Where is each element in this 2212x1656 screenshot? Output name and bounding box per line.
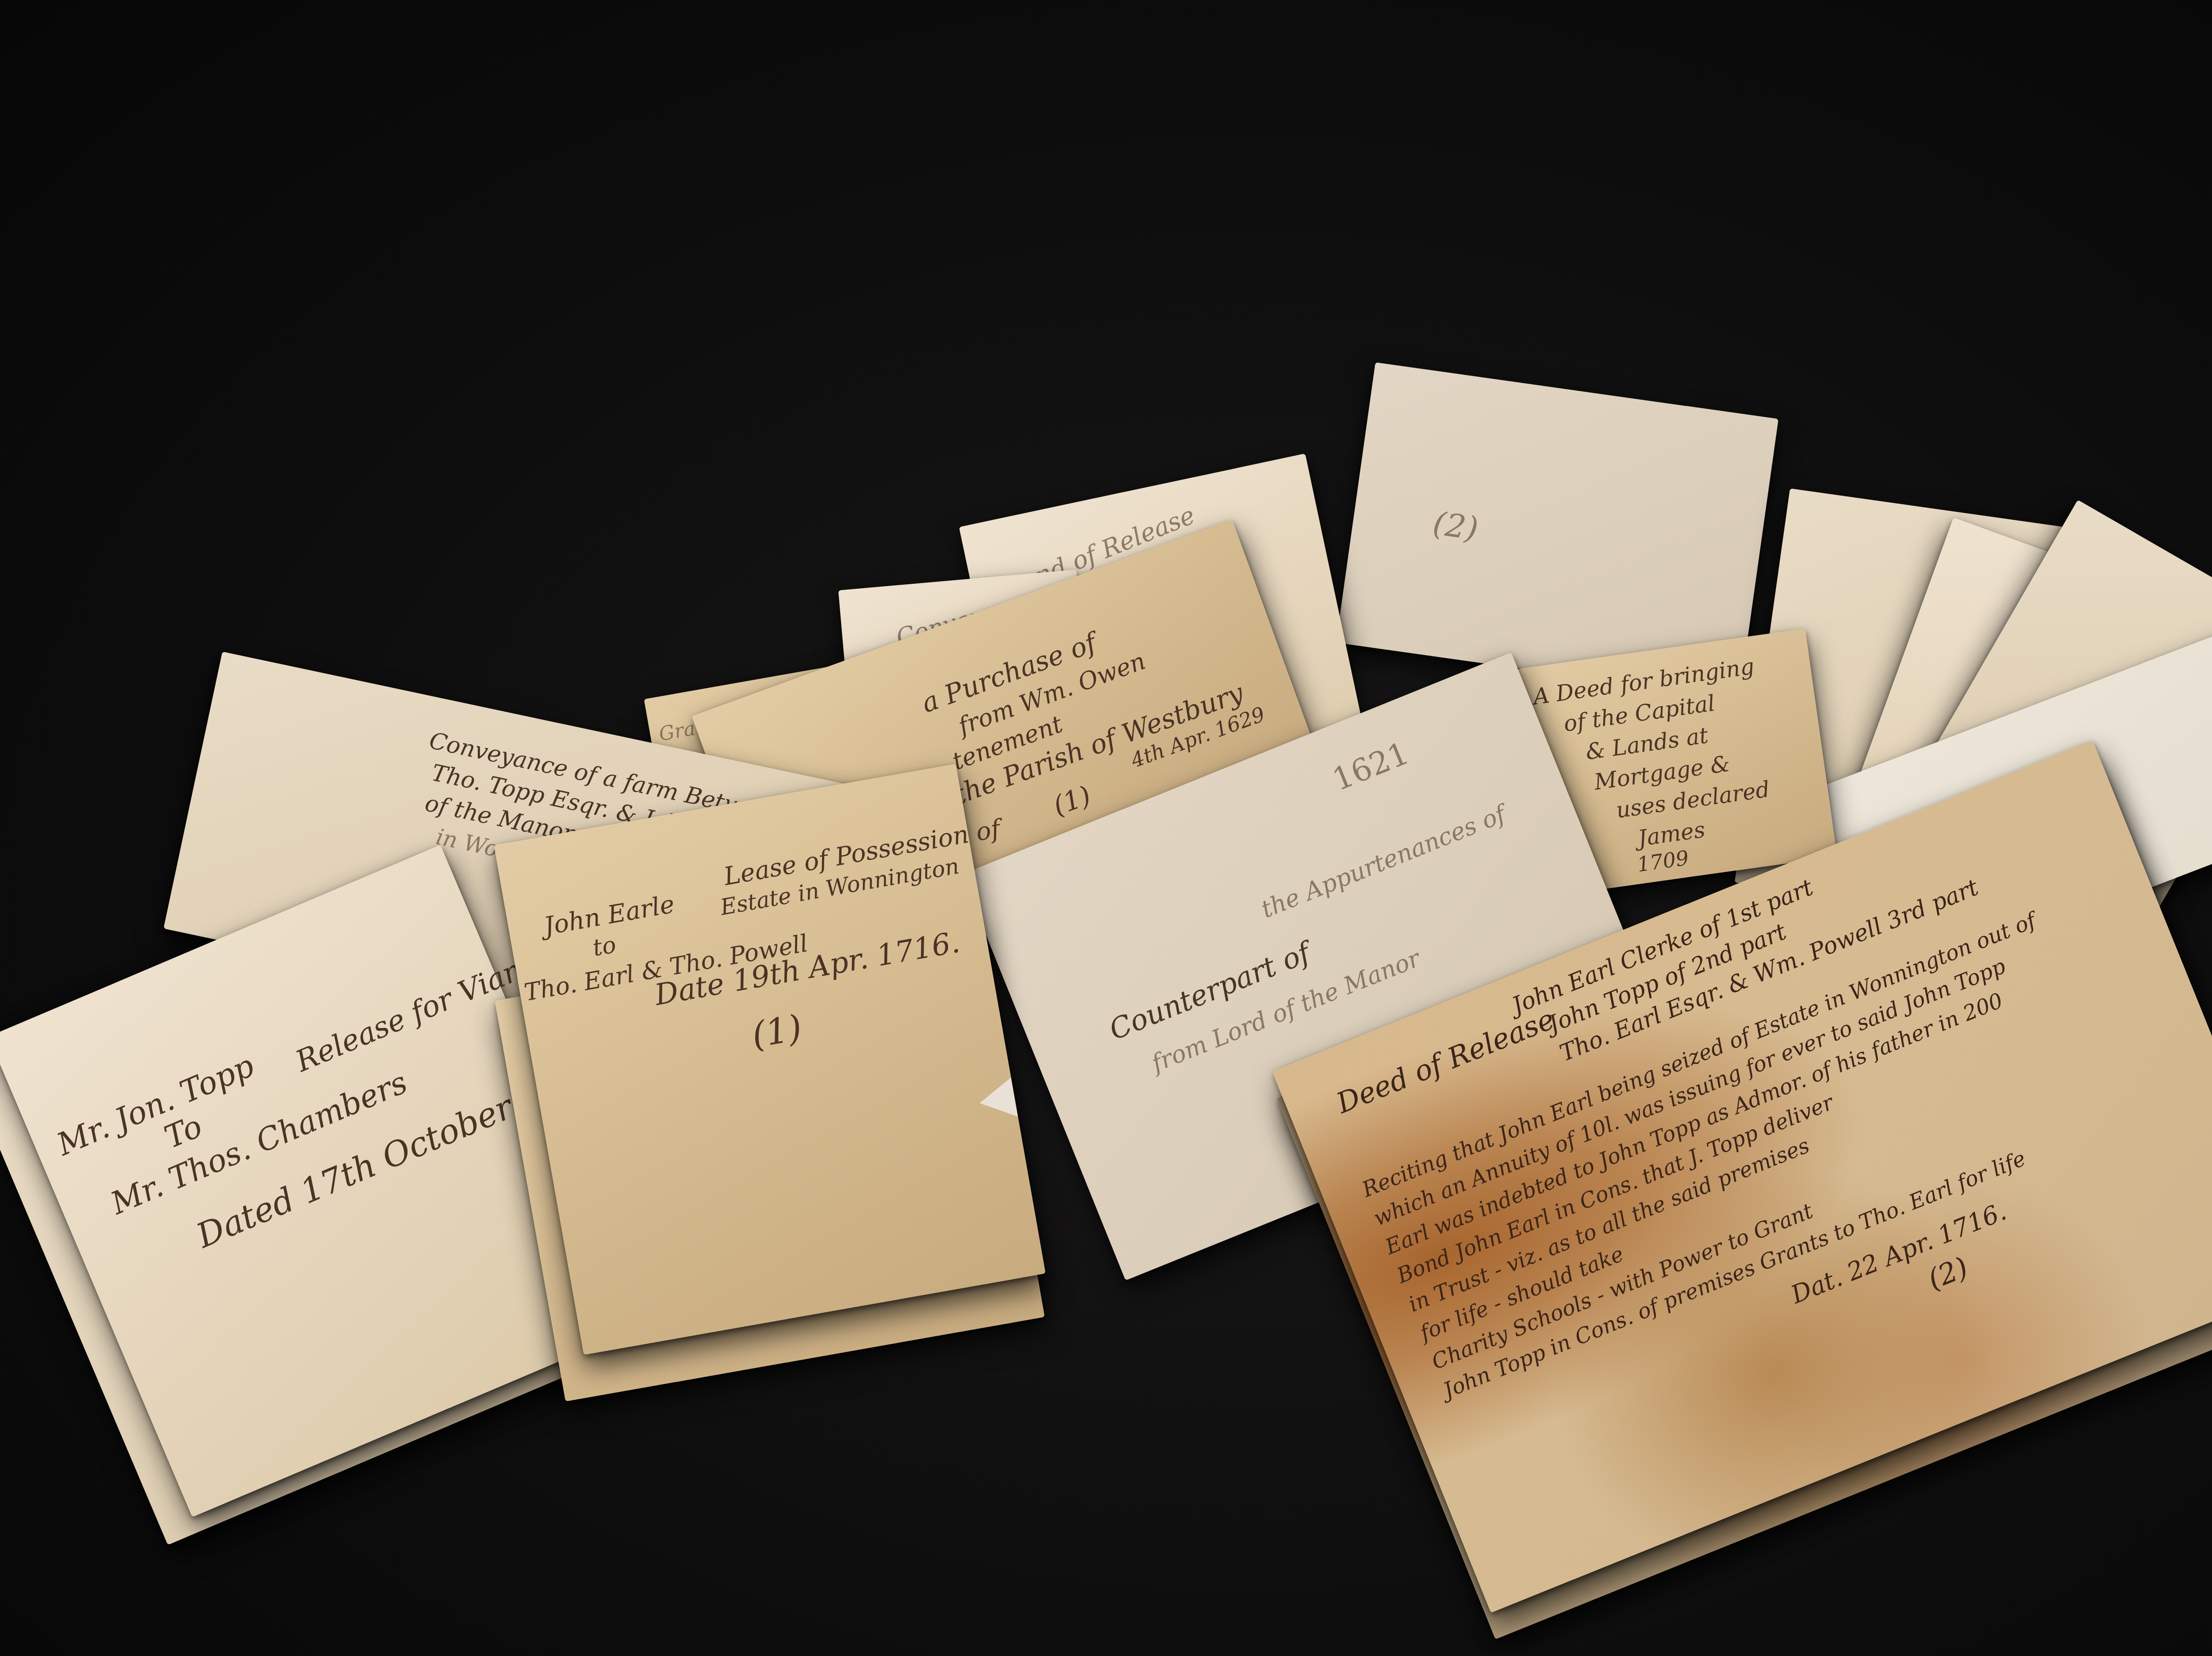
document-number: (1) bbox=[749, 1007, 805, 1056]
document-year: 1621 bbox=[1328, 735, 1414, 797]
document-text: the Appurtenances of bbox=[1257, 801, 1509, 924]
seal-tab bbox=[976, 1077, 1018, 1123]
document-text: James bbox=[1636, 817, 1707, 851]
document-text: Earl was indebted to John Topp as Admor.… bbox=[1382, 989, 2007, 1260]
document-text: to bbox=[591, 932, 618, 962]
document-lease-possession-1716: John Earle to Tho. Earl & Tho. Powell Le… bbox=[494, 764, 1045, 1355]
document-number: (1) bbox=[1049, 780, 1095, 822]
document-number: (2) bbox=[1924, 1251, 1973, 1296]
document-text: (2) bbox=[1431, 505, 1481, 547]
